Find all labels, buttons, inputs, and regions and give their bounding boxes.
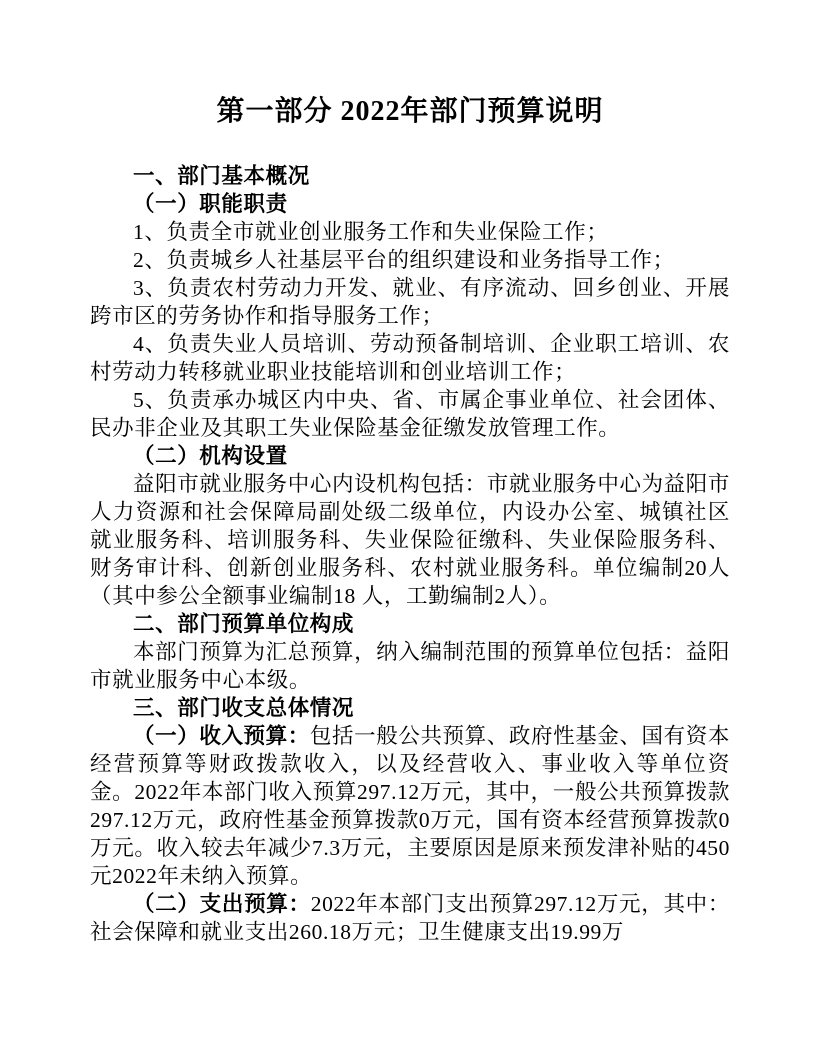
income-budget-text: 包括一般公共预算、政府性基金、国有资本经营预算等财政拨款收入，以及经营收入、事业…	[90, 724, 730, 888]
duty-item-1: 1、负责全市就业创业服务工作和失业保险工作；	[90, 218, 730, 246]
heading-functions-duties: （一）职能职责	[90, 190, 730, 218]
heading-budget-unit-composition: 二、部门预算单位构成	[90, 610, 730, 638]
income-budget-lead: （一）收入预算：	[133, 724, 310, 748]
budget-unit-composition-paragraph: 本部门预算为汇总预算，纳入编制范围的预算单位包括：益阳市就业服务中心本级。	[90, 638, 730, 694]
organization-setup-paragraph: 益阳市就业服务中心内设机构包括：市就业服务中心为益阳市人力资源和社会保障局副处级…	[90, 470, 730, 610]
duty-item-2: 2、负责城乡人社基层平台的组织建设和业务指导工作；	[90, 246, 730, 274]
expenditure-budget-lead: （二）支出预算：	[133, 892, 311, 916]
document-page: 第一部分 2022年部门预算说明 一、部门基本概况 （一）职能职责 1、负责全市…	[0, 0, 815, 1055]
duty-item-3: 3、负责农村劳动力开发、就业、有序流动、回乡创业、开展跨市区的劳务协作和指导服务…	[90, 274, 730, 330]
duty-item-4: 4、负责失业人员培训、劳动预备制培训、企业职工培训、农村劳动力转移就业职业技能培…	[90, 330, 730, 386]
duty-item-5: 5、负责承办城区内中央、省、市属企事业单位、社会团体、民办非企业及其职工失业保险…	[90, 386, 730, 442]
document-title: 第一部分 2022年部门预算说明	[90, 92, 730, 132]
income-budget-paragraph: （一）收入预算：包括一般公共预算、政府性基金、国有资本经营预算等财政拨款收入，以…	[90, 722, 730, 890]
heading-organization-setup: （二）机构设置	[90, 442, 730, 470]
expenditure-budget-paragraph: （二）支出预算：2022年本部门支出预算297.12万元，其中：社会保障和就业支…	[90, 890, 730, 946]
heading-revenue-expenditure-overview: 三、部门收支总体情况	[90, 694, 730, 722]
heading-department-overview: 一、部门基本概况	[90, 162, 730, 190]
